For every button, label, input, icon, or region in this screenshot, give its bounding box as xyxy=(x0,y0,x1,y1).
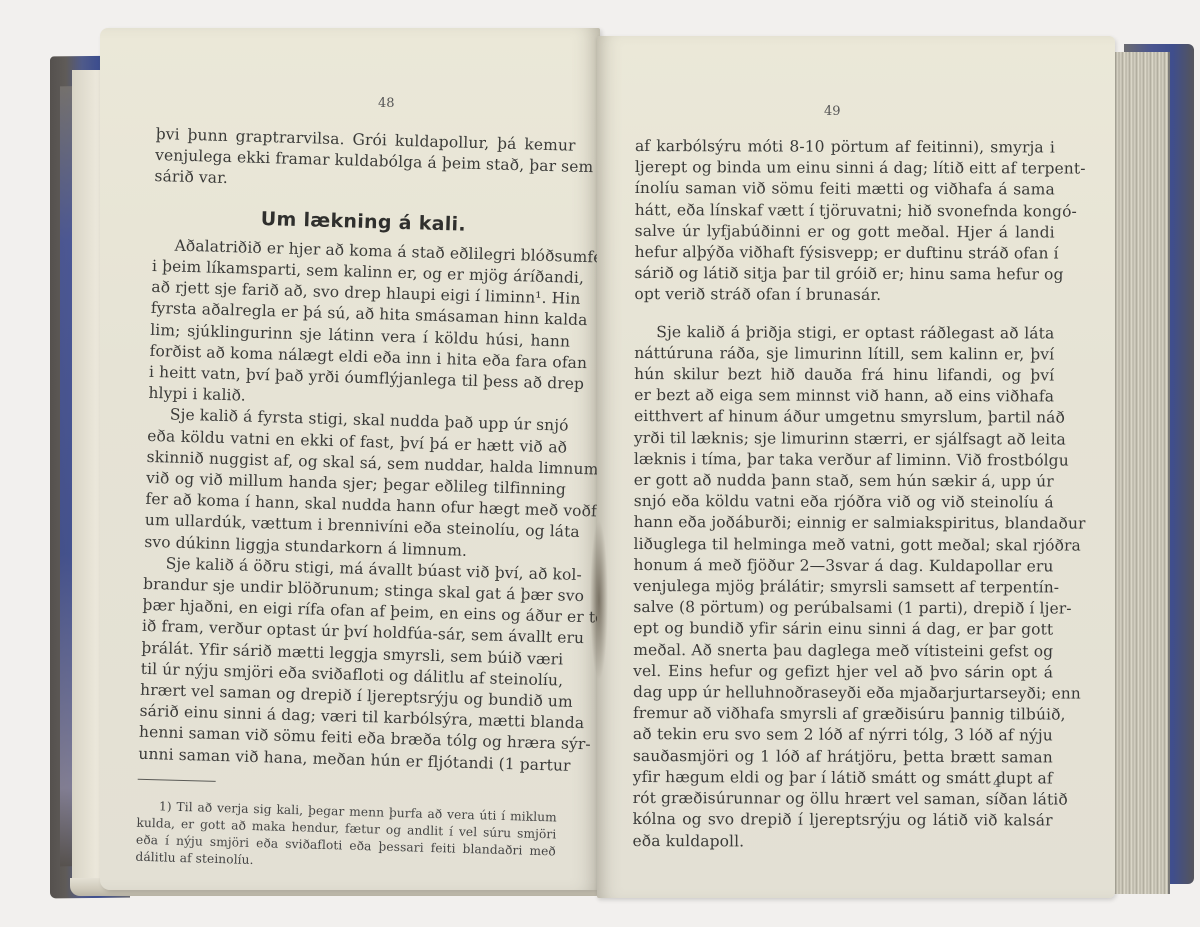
text-line: hefur alþýða viðhaft fýsisvepp; er dufti… xyxy=(635,242,1055,265)
right-page: 49 af karbólsýru móti 8-10 pörtum af fei… xyxy=(597,36,1115,898)
text-line: ept og bundið yfir sárin einu sinni á da… xyxy=(633,618,1053,641)
text-line: kólna og svo drepið í ljereptsrýju og lá… xyxy=(633,809,1053,832)
page-number-right: 49 xyxy=(824,104,841,119)
text-line: salve (8 pörtum) og perúbalsami (1 parti… xyxy=(633,597,1053,620)
text-line: læknis i tíma, þar taka verður af liminn… xyxy=(634,449,1054,472)
intro-paragraph: þvi þunn graptrarvilsa. Grói kuldapollur… xyxy=(154,124,576,199)
signature-mark: 4 xyxy=(993,776,1001,791)
text-line: meðal. Að snerta þau daglega með vítiste… xyxy=(633,640,1053,663)
text-line: hann eða joðáburði; einnig er salmiakspi… xyxy=(634,512,1054,535)
text-line: honum á með fjöður 2—3svar á dag. Kuldap… xyxy=(633,555,1053,578)
text-line: ínolíu saman við sömu feiti mætti og við… xyxy=(635,178,1055,201)
gutter-stain xyxy=(590,520,608,680)
text-line: Sje kalið á þriðja stigi, er optast ráðl… xyxy=(634,322,1054,345)
text-line: náttúruna ráða, sje limurinn lítill, sem… xyxy=(634,343,1054,366)
footnote-divider xyxy=(138,779,216,782)
footnote: 1) Til að verja sig kali, þegar menn þur… xyxy=(135,798,557,878)
text-line: sauðasmjöri og 1 lóð af hrátjöru, þetta … xyxy=(633,746,1053,769)
paragraph-third-degree: Sje kalið á þriðja stigi, er optast ráðl… xyxy=(633,322,1055,854)
text-line: venjulega mjög þrálátir; smyrsli samsett… xyxy=(633,576,1053,599)
text-line: dag upp úr helluhnoðraseyði eða mjaðarju… xyxy=(633,682,1053,705)
text-line: af karbólsýru móti 8-10 pörtum af feitin… xyxy=(635,136,1055,159)
text-line: sárið og látið sitja þar til gróið er; h… xyxy=(634,263,1054,286)
text-line: eitthvert af hinum áður umgetnu smyrslum… xyxy=(634,406,1054,429)
paragraph-first-degree: Sje kalið á fyrsta stigi, skal nudda það… xyxy=(144,404,568,564)
text-line: fremur að viðhafa smyrsli af græðisúru þ… xyxy=(633,703,1053,726)
text-line: salve úr lyfjabúðinni er og gott meðal. … xyxy=(635,221,1055,244)
text-line: hátt, eða línskaf vætt í tjöruvatni; hið… xyxy=(635,200,1055,223)
text-line: hún skilur bezt hið dauða frá hinu lifan… xyxy=(634,364,1054,387)
text-line: rót græðisúrunnar og öllu hrært vel sama… xyxy=(633,788,1053,811)
book-photo: 48 þvi þunn graptrarvilsa. Grói kuldapol… xyxy=(0,0,1200,927)
text-line: er gott að nudda þann stað, sem hún sæki… xyxy=(634,470,1054,493)
text-line: snjó eða köldu vatni eða rjóðra við og v… xyxy=(634,491,1054,514)
text-line: liðuglega til helminga með vatni, gott m… xyxy=(634,534,1054,557)
text-line: yfir hægum eldi og þar í látið smátt og … xyxy=(633,767,1053,790)
text-line: er bezt að eiga sem minnst við hann, að … xyxy=(634,385,1054,408)
text-line: yrði til læknis; sje limurinn stærri, er… xyxy=(634,428,1054,451)
text-line: ljerept og binda um einu sinni á dag; lí… xyxy=(635,157,1055,180)
paragraph-second-degree: Sje kalið á öðru stigi, má ávallt búast … xyxy=(138,553,564,777)
page-number-left: 48 xyxy=(378,96,395,111)
right-page-text: af karbólsýru móti 8-10 pörtum af feitin… xyxy=(633,136,1055,853)
text-line: opt verið stráð ofan í brunasár. xyxy=(634,284,1054,307)
text-line: vel. Eins hefur og gefizt hjer vel að þv… xyxy=(633,661,1053,684)
section-heading: Um lækning á kali. xyxy=(153,206,573,239)
text-line: að tekin eru svo sem 2 lóð af nýrri tólg… xyxy=(633,724,1053,747)
text-line: eða kuldapoll. xyxy=(633,830,1053,853)
paragraph-continuation: af karbólsýru móti 8-10 pörtum af feitin… xyxy=(634,136,1055,307)
paragraph-main-rule: Aðalatriðið er hjer að koma á stað eðlil… xyxy=(148,235,573,416)
left-page: 48 þvi þunn graptrarvilsa. Grói kuldapol… xyxy=(100,28,600,890)
left-page-text: þvi þunn graptrarvilsa. Grói kuldapollur… xyxy=(135,124,576,877)
